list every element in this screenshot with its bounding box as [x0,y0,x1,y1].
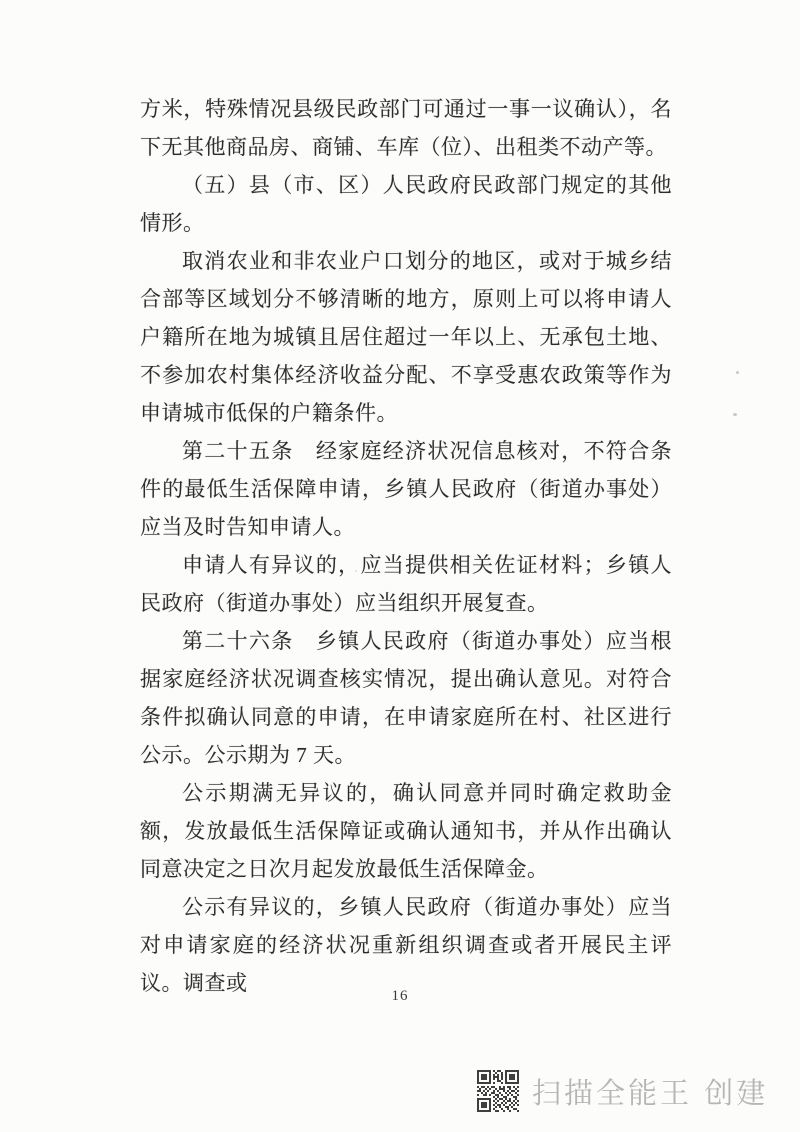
document-body: 方米，特殊情况县级民政部门可通过一事一议确认），名下无其他商品房、商铺、车库（位… [140,90,672,1002]
qr-code-icon [477,1069,519,1113]
scan-speck [733,413,737,416]
scanned-document-page: 方米，特殊情况县级民政部门可通过一事一议确认），名下无其他商品房、商铺、车库（位… [0,0,800,1132]
scan-speck [355,570,357,572]
scanner-watermark: 扫描全能王 创建 [477,1069,768,1113]
paragraph: 方米，特殊情况县级民政部门可通过一事一议确认），名下无其他商品房、商铺、车库（位… [140,90,672,166]
page-number: 16 [0,988,800,1005]
scan-speck [736,371,739,374]
paragraph: 公示有异议的，乡镇人民政府（街道办事处）应当对申请家庭的经济状况重新组织调查或者… [140,888,672,1002]
paragraph: 取消农业和非农业户口划分的地区，或对于城乡结合部等区域划分不够清晰的地方，原则上… [140,242,672,432]
paragraph-article-25: 第二十五条 经家庭经济状况信息核对，不符合条件的最低生活保障申请，乡镇人民政府（… [140,432,672,546]
paragraph-article-26: 第二十六条 乡镇人民政府（街道办事处）应当根据家庭经济状况调查核实情况，提出确认… [140,622,672,774]
paragraph: 申请人有异议的，应当提供相关佐证材料；乡镇人民政府（街道办事处）应当组织开展复查… [140,546,672,622]
paragraph: 公示期满无异议的，确认同意并同时确定救助金额，发放最低生活保障证或确认通知书，并… [140,774,672,888]
paragraph: （五）县（市、区）人民政府民政部门规定的其他情形。 [140,166,672,242]
watermark-text: 扫描全能王 创建 [532,1071,768,1112]
